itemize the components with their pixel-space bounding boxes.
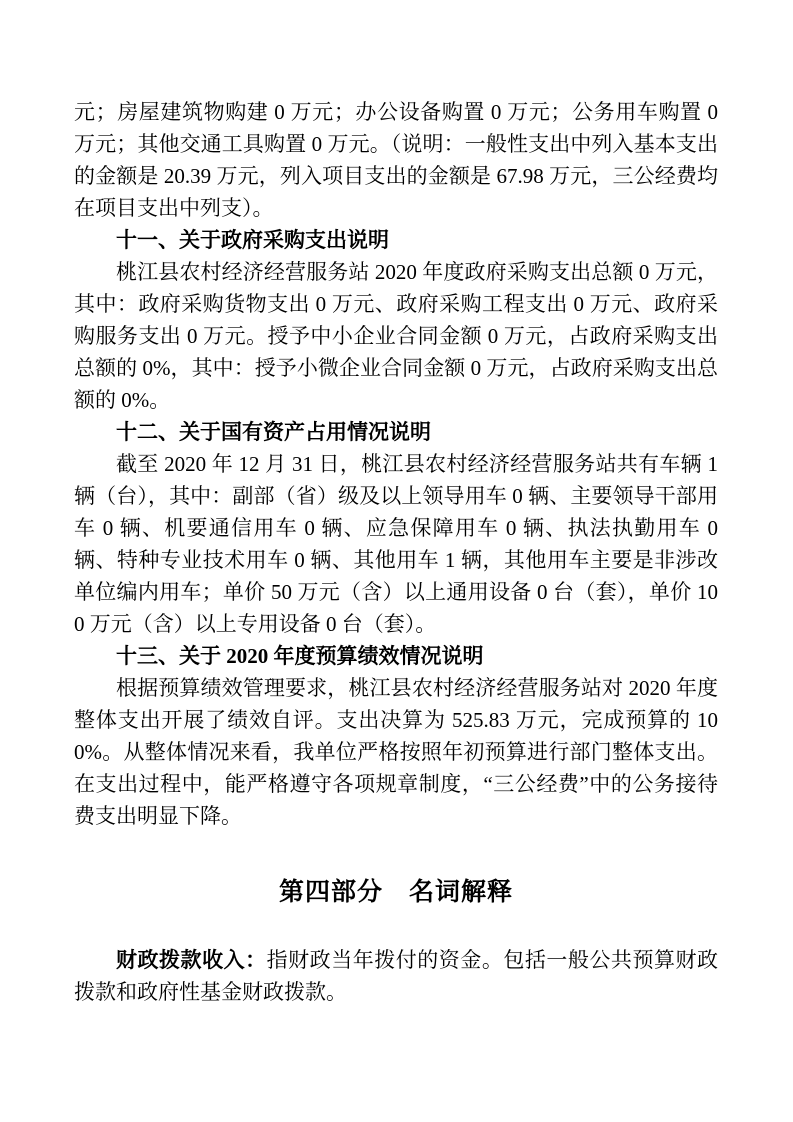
glossary-term-fiscal-appropriation-income: 财政拨款收入： <box>116 948 267 972</box>
paragraph-capital-expenditure-continuation: 元；房屋建筑物购建 0 万元；办公设备购置 0 万元；公务用车购置 0 万元；其… <box>74 96 718 224</box>
part-four-heading-glossary: 第四部分 名词解释 <box>74 872 718 914</box>
paragraph-state-assets: 截至 2020 年 12 月 31 日，桃江县农村经济经营服务站共有车辆 1 辆… <box>74 448 718 640</box>
document-page: 元；房屋建筑物购建 0 万元；办公设备购置 0 万元；公务用车购置 0 万元；其… <box>0 0 793 1122</box>
paragraph-budget-performance: 根据预算绩效管理要求，桃江县农村经济经营服务站对 2020 年度整体支出开展了绩… <box>74 672 718 832</box>
section-heading-11-government-procurement: 十一、关于政府采购支出说明 <box>74 224 718 256</box>
paragraph-glossary-fiscal-appropriation: 财政拨款收入：指财政当年拨付的资金。包括一般公共预算财政拨款和政府性基金财政拨款… <box>74 944 718 1008</box>
section-heading-12-state-assets: 十二、关于国有资产占用情况说明 <box>74 416 718 448</box>
paragraph-government-procurement: 桃江县农村经济经营服务站 2020 年度政府采购支出总额 0 万元，其中：政府采… <box>74 256 718 416</box>
section-heading-13-budget-performance: 十三、关于 2020 年度预算绩效情况说明 <box>74 640 718 672</box>
